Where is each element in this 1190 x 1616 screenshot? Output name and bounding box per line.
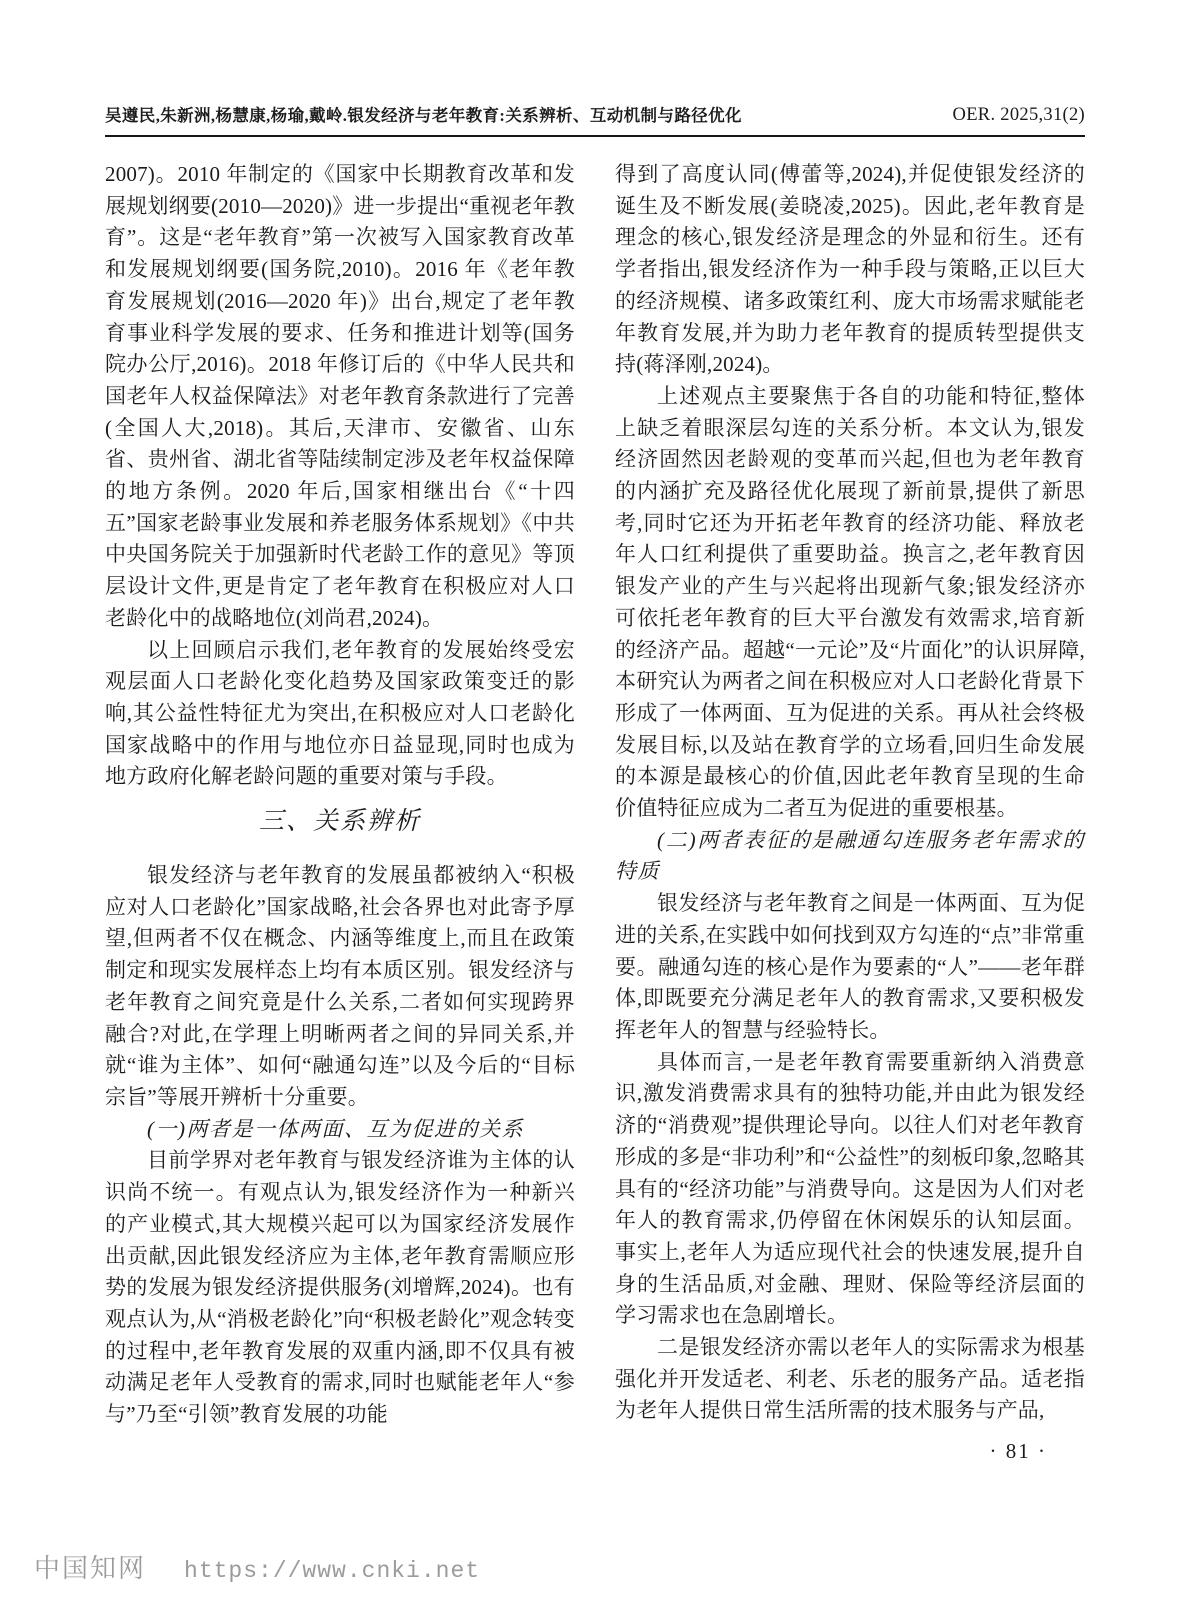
- running-head: 吴遵民,朱新洲,杨慧康,杨瑜,戴岭.银发经济与老年教育:关系辨析、互动机制与路径…: [105, 102, 1085, 137]
- right-column: 得到了高度认同(傅蕾等,2024),并促使银发经济的诞生及不断发展(姜晓凌,20…: [615, 159, 1085, 1468]
- cnki-url-watermark: https://www.cnki.net: [184, 1558, 480, 1584]
- section-heading: 三、关系辨析: [105, 805, 575, 839]
- paragraph: 银发经济与老年教育的发展虽都被纳入“积极应对人口老龄化”国家战略,社会各界也对此…: [105, 860, 575, 1114]
- subsection-heading: (二)两者表征的是融通勾连服务老年需求的特质: [615, 825, 1085, 888]
- scanned-paper-page: 吴遵民,朱新洲,杨慧康,杨瑜,戴岭.银发经济与老年教育:关系辨析、互动机制与路径…: [0, 0, 1190, 1616]
- cnki-watermark: 中国知网 https://www.cnki.net: [34, 1548, 480, 1585]
- cnki-brand-watermark: 中国知网: [34, 1548, 146, 1585]
- paragraph: 二是银发经济亦需以老年人的实际需求为根基强化并开发适老、利老、乐老的服务产品。适…: [615, 1332, 1085, 1427]
- paragraph: 银发经济与老年教育之间是一体两面、互为促进的关系,在实践中如何找到双方勾连的“点…: [615, 888, 1085, 1047]
- paragraph: 上述观点主要聚焦于各自的功能和特征,整体上缺乏着眼深层勾连的关系分析。本文认为,…: [615, 381, 1085, 825]
- paragraph-continued: 2007)。2010 年制定的《国家中长期教育改革和发展规划纲要(2010—20…: [105, 159, 575, 635]
- running-head-title: 吴遵民,朱新洲,杨慧康,杨瑜,戴岭.银发经济与老年教育:关系辨析、互动机制与路径…: [105, 102, 742, 126]
- paragraph-continued: 得到了高度认同(傅蕾等,2024),并促使银发经济的诞生及不断发展(姜晓凌,20…: [615, 159, 1085, 381]
- paragraph: 以上回顾启示我们,老年教育的发展始终受宏观层面人口老龄化变化趋势及国家政策变迁的…: [105, 635, 575, 794]
- paragraph: 目前学界对老年教育与银发经济谁为主体的认识尚不统一。有观点认为,银发经济作为一种…: [105, 1145, 575, 1430]
- subsection-heading: (一)两者是一体两面、互为促进的关系: [105, 1114, 575, 1146]
- paragraph: 具体而言,一是老年教育需要重新纳入消费意识,激发消费需求具有的独特功能,并由此为…: [615, 1047, 1085, 1332]
- journal-ref: OER. 2025,31(2): [953, 105, 1085, 126]
- body-columns: 2007)。2010 年制定的《国家中长期教育改革和发展规划纲要(2010—20…: [105, 159, 1085, 1468]
- left-column: 2007)。2010 年制定的《国家中长期教育改革和发展规划纲要(2010—20…: [105, 159, 575, 1468]
- page-number: · 81 ·: [615, 1436, 1085, 1468]
